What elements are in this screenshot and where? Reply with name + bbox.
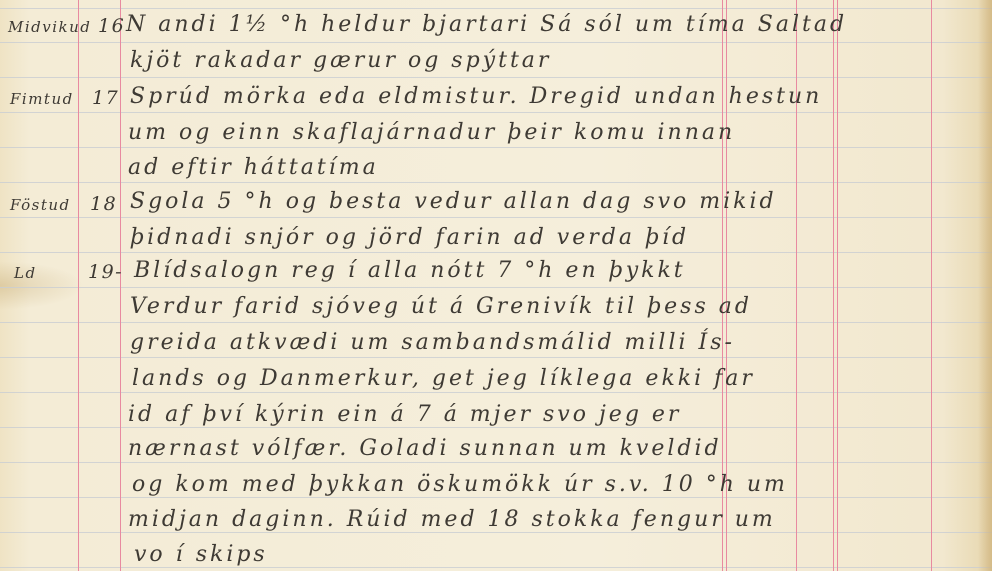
ruled-line xyxy=(0,532,992,533)
margin-line xyxy=(78,0,79,571)
entry-line: vo í skips xyxy=(134,542,268,567)
page-edge-shadow xyxy=(978,0,992,571)
diary-page: Midvikud 16 N andi 1½ °h heldur bjartari… xyxy=(0,0,992,571)
entry-line: id af því kýrin ein á 7 á mjer svo jeg e… xyxy=(128,402,681,427)
entry-day: Ld xyxy=(14,264,37,282)
ruled-line xyxy=(0,182,992,183)
entry-date: 17 xyxy=(92,87,119,109)
ruled-line xyxy=(0,497,992,498)
entry-date: 18 xyxy=(90,193,117,215)
entry-line: Sgola 5 °h og besta vedur allan dag svo … xyxy=(130,189,777,214)
ruled-line xyxy=(0,427,992,428)
entry-line: ad eftir háttatíma xyxy=(128,155,379,180)
entry-line: og kom med þykkan öskumökk úr s.v. 10 °h… xyxy=(132,472,788,497)
ruled-line xyxy=(0,462,992,463)
ruled-line xyxy=(0,77,992,78)
entry-day: Fimtud xyxy=(10,90,74,108)
ruled-line xyxy=(0,392,992,393)
entry-date: 16 xyxy=(98,15,125,37)
entry-line: nærnast vólfær. Goladi sunnan um kveldid xyxy=(128,436,722,461)
column-line xyxy=(931,0,932,571)
entry-line: Blídsalogn reg í alla nótt 7 °h en þykkt xyxy=(134,258,686,283)
entry-line: kjöt rakadar gærur og spýttar xyxy=(130,48,551,73)
entry-line: midjan daginn. Rúid med 18 stokka fengur… xyxy=(128,507,776,532)
entry-line: þidnadi snjór og jörd farin ad verda þíd xyxy=(130,225,689,250)
entry-line: Sprúd mörka eda eldmistur. Dregid undan … xyxy=(130,84,822,109)
entry-line: lands og Danmerkur, get jeg líklega ekki… xyxy=(132,366,755,391)
entry-day: Föstud xyxy=(10,196,71,214)
ruled-line xyxy=(0,287,992,288)
ruled-line xyxy=(0,112,992,113)
entry-line: um og einn skaflajárnadur þeir komu inna… xyxy=(128,120,735,145)
margin-line xyxy=(120,0,121,571)
column-line xyxy=(837,0,838,571)
entry-line: greida atkvædi um sambandsmálid milli Ís… xyxy=(130,330,735,355)
ruled-line xyxy=(0,357,992,358)
ruled-line xyxy=(0,147,992,148)
entry-date: 19- xyxy=(88,261,123,283)
ruled-line xyxy=(0,42,992,43)
column-line xyxy=(833,0,834,571)
ruled-line xyxy=(0,217,992,218)
ruled-line xyxy=(0,8,992,9)
ruled-line xyxy=(0,322,992,323)
ruled-line xyxy=(0,567,992,568)
entry-line: Verdur farid sjóveg út á Grenivík til þe… xyxy=(130,294,752,319)
ruled-line xyxy=(0,252,992,253)
entry-day: Midvikud xyxy=(8,18,91,36)
entry-line: N andi 1½ °h heldur bjartari Sá sól um t… xyxy=(126,12,847,37)
